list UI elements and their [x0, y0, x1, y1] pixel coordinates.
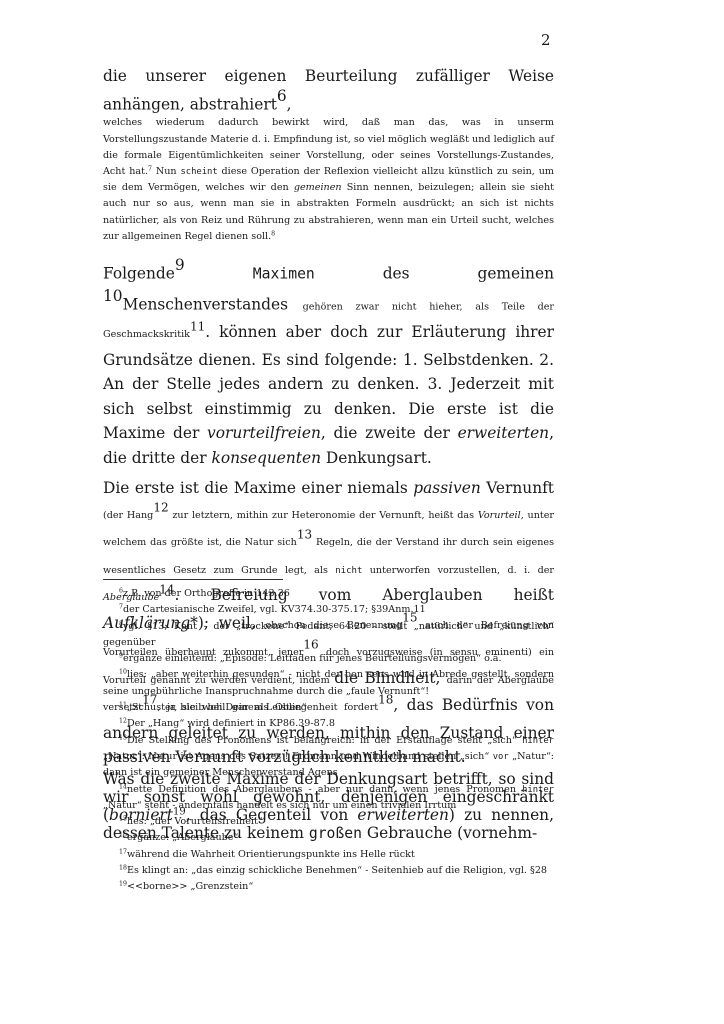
- mono-word: hinter: [522, 736, 554, 746]
- footnote-number: 18: [119, 865, 127, 872]
- footnote-15: 15lies: „der Vorurteilsfreiheit“: [103, 814, 554, 830]
- italic-word: gemeinen: [294, 182, 342, 193]
- footnote-ref[interactable]: 10: [103, 287, 123, 305]
- mono-word: vor: [493, 752, 509, 762]
- paragraph-2: Folgende9 Maximen des gemeinen 10Mensche…: [103, 255, 554, 470]
- footnote-text: <<borne>> „Grenzstein“: [127, 881, 253, 892]
- text-span-small: zur letztern, mithin zur Heteronomie der…: [169, 510, 478, 521]
- footnote-number: 13: [119, 734, 127, 741]
- text-span: des gemeinen: [315, 265, 554, 283]
- footnote-ref[interactable]: 12: [153, 500, 168, 514]
- footnote-number: 19: [119, 881, 127, 888]
- footnote-9: 9ergänze einleitend: „Episode: Leitfaden…: [103, 651, 554, 667]
- footnote-text: „Natur“: Natur ist Agens des Satzes ! Er…: [103, 751, 493, 762]
- text-span-small: unterworfen vorzustellen, d. i. der: [362, 565, 554, 576]
- mono-word: scheint: [180, 167, 217, 177]
- italic-word: vorurteilfreien: [207, 424, 321, 442]
- footnote-number: 17: [119, 848, 127, 855]
- footnote-8: 8vgl. §13; Kant - der „trockene“ Pedant,…: [103, 619, 554, 652]
- footnote-7: 7der Cartesianische Zweifel, vgl. KV374.…: [103, 602, 554, 618]
- text-span: Vernunft: [481, 479, 554, 497]
- footnote-text: vgl. §13; Kant - der „trockene“ Pedant, …: [103, 621, 554, 648]
- mono-word: nicht: [335, 566, 362, 576]
- footnote-text: Die Stellung des Pronomens ist belangrei…: [127, 735, 522, 746]
- text-span: Folgende: [103, 265, 175, 283]
- footnote-ref[interactable]: 8: [271, 230, 275, 237]
- text-span: Denkungsart.: [321, 449, 432, 467]
- footnote-text: lies: „aber weiterhin gesunden“ - nicht …: [103, 669, 554, 696]
- text-span: , die zweite der: [321, 424, 458, 442]
- italic-word: Vorurteil: [478, 510, 521, 521]
- text-span: Menschenverstandes: [123, 296, 303, 314]
- footnote-ref[interactable]: 9: [175, 256, 185, 274]
- italic-word: passiven: [413, 479, 480, 497]
- footnote-12: 12Der „Hang“ wird definiert in KP86.39-8…: [103, 716, 554, 732]
- footnote-ref[interactable]: 6: [277, 87, 287, 105]
- small-block: welches wiederum dadurch bewirkt wird, d…: [103, 115, 554, 245]
- footnote-19: 19<<borne>> „Grenzstein“: [103, 879, 554, 895]
- footnote-text: „Schuster, bleib bei Deinem Leisten“: [127, 702, 307, 713]
- text-span: ,: [287, 95, 292, 113]
- mono-word: Maximen: [253, 266, 315, 283]
- footnote-11: 11„Schuster, bleib bei Deinem Leisten“: [103, 700, 554, 716]
- footnotes: 6z.B. von der Orthografie in 143.36 7der…: [103, 586, 554, 896]
- footnote-text: ergänze einleitend: „Episode: Leitfaden …: [123, 653, 502, 664]
- footnote-text: während die Wahrheit Orientierungspunkte…: [127, 849, 415, 860]
- footnote-ref[interactable]: 13: [297, 527, 312, 541]
- footnote-number: 12: [119, 718, 127, 725]
- paragraph-1: die unserer eigenen Beurteilung zufällig…: [103, 66, 554, 245]
- italic-word: erweiterten: [458, 424, 550, 442]
- footnote-text: ergänze: „Aberglaube“: [127, 832, 238, 843]
- italic-word: konsequenten: [212, 449, 322, 467]
- footnote-text: z.B. von der Orthografie in 143.36: [123, 588, 290, 599]
- page-number: 2: [541, 31, 551, 49]
- footnote-number: 14: [119, 783, 127, 790]
- footnote-6: 6z.B. von der Orthografie in 143.36: [103, 586, 554, 602]
- text-span: die unserer eigenen Beurteilung zufällig…: [103, 67, 554, 113]
- footnote-text: Der „Hang“ wird definiert in KP86.39-87.…: [127, 718, 335, 729]
- footnote-14: 14nette Definition des Aberglaubens - ab…: [103, 782, 554, 815]
- footnote-text: lies: „der Vorurteilsfreiheit“: [127, 816, 263, 827]
- footnote-number: 10: [119, 669, 127, 676]
- footnote-text: Es klingt an: „das einzig schickliche Be…: [127, 865, 547, 876]
- footnote-ref[interactable]: 11: [190, 319, 205, 333]
- text-span: Die erste ist die Maxime einer niemals: [103, 479, 413, 497]
- footnote-text: der Cartesianische Zweifel, vgl. KV374.3…: [123, 604, 426, 615]
- footnote-rule: [103, 579, 283, 580]
- footnote-17: 17während die Wahrheit Orientierungspunk…: [103, 847, 554, 863]
- text-span: Nun: [152, 166, 180, 177]
- text-span-small: (der Hang: [103, 510, 153, 521]
- footnote-text: nette Definition des Aberglaubens - aber…: [127, 784, 522, 795]
- footnote-16: 16ergänze: „Aberglaube“: [103, 830, 554, 846]
- footnote-text: „Natur“ steht - andernfalls handelt es s…: [103, 800, 456, 811]
- footnote-10: 10lies: „aber weiterhin gesunden“ - nich…: [103, 667, 554, 700]
- mono-word: hinter: [522, 785, 554, 795]
- footnote-18: 18Es klingt an: „das einzig schickliche …: [103, 863, 554, 879]
- footnote-number: 11: [119, 702, 127, 709]
- footnote-13: 13Die Stellung des Pronomens ist belangr…: [103, 733, 554, 782]
- footnote-number: 16: [119, 832, 127, 839]
- footnote-number: 15: [119, 816, 127, 823]
